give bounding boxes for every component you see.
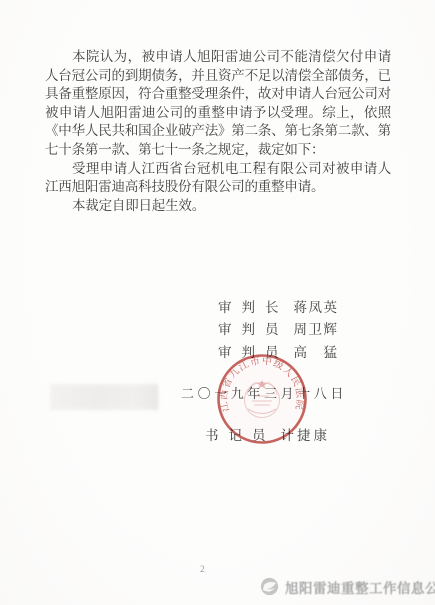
judge-role: 审判员 xyxy=(218,322,289,337)
ruling-paragraph-findings: 本院认为，被申请人旭阳雷迪公司不能清偿欠付申请人台冠公司的到期债务，并且资产不足… xyxy=(45,48,391,160)
judge-row: 审判员周卫辉 xyxy=(218,319,339,341)
platform-watermark: 旭阳雷迪重整工作信息公示平台 xyxy=(259,576,435,597)
ruling-paragraph-decision: 受理申请人江西省台冠机电工程有限公司对被申请人江西旭阳雷迪高科技股份有限公司的重… xyxy=(45,160,391,197)
platform-watermark-label: 旭阳雷迪重整工作信息公示平台 xyxy=(285,577,435,597)
redacted-blur-box xyxy=(50,384,158,410)
presiding-judge-name: 蒋凤英 xyxy=(294,300,339,315)
court-seal-stamp-icon: 江西省九江市中级人民法院 xyxy=(214,351,310,447)
page-number: 2 xyxy=(200,565,205,575)
presiding-judge-row: 审判长蒋凤英 xyxy=(218,297,339,319)
court-ruling-page: 本院认为，被申请人旭阳雷迪公司不能清偿欠付申请人台冠公司的到期债务，并且资产不足… xyxy=(0,0,435,605)
presiding-judge-role: 审判长 xyxy=(218,300,289,315)
ruling-paragraph-effective: 本裁定自即日起生效。 xyxy=(45,197,391,216)
ruling-body: 本院认为，被申请人旭阳雷迪公司不能清偿欠付申请人台冠公司的到期债务，并且资产不足… xyxy=(45,48,391,215)
judge-name: 周卫辉 xyxy=(294,322,339,337)
platform-logo-icon xyxy=(259,576,280,597)
